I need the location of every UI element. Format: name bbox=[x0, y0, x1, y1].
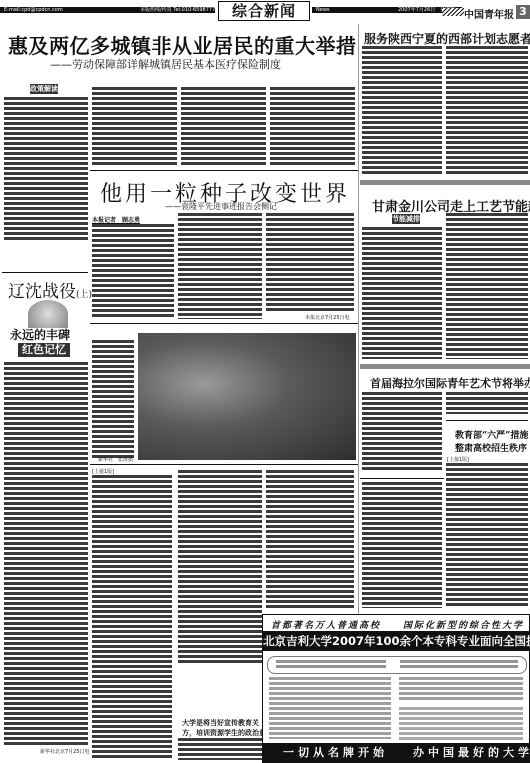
right-story-1-headline: 服务陕西宁夏的西部计划志愿者奔赴基层 bbox=[364, 30, 530, 47]
series-title: 辽沈战役(上) bbox=[8, 277, 92, 302]
paper-logo: 中国青年报 bbox=[464, 6, 514, 21]
ad-headline: 北京吉利大学2007年100余个本专科专业面向全国扩招 bbox=[263, 631, 529, 651]
feature-subheadline: ——袁隆平先进事迹报告会侧记 bbox=[165, 201, 277, 212]
series-title-text: 辽沈战役 bbox=[8, 282, 76, 302]
right-story-2-col-2 bbox=[446, 213, 528, 359]
masthead-section-en: News bbox=[316, 7, 330, 13]
divider bbox=[90, 323, 358, 324]
section-divider bbox=[360, 180, 530, 185]
ad-features-left bbox=[276, 660, 386, 670]
right-story-3-col-1 bbox=[362, 392, 442, 472]
ad-slogan-left: 一切从名牌开始 bbox=[283, 743, 388, 762]
divider bbox=[90, 464, 358, 465]
continued-column-1 bbox=[92, 475, 172, 760]
ad-body-right bbox=[399, 677, 523, 701]
right-story-4-headline-1: 教育部“六严”措施 bbox=[455, 428, 528, 441]
feature-credit: 本报北京7月25日电 bbox=[305, 314, 350, 321]
lead-subheadline: ——劳动保障部详解城镇居民基本医疗保险制度 bbox=[50, 56, 281, 72]
advertisement[interactable]: 首都著名万人普通高校 国际化新型的综合性大学 北京吉利大学2007年100余个本… bbox=[262, 614, 530, 763]
right-story-3-col-2 bbox=[446, 392, 528, 414]
right-story-4-col bbox=[446, 463, 528, 608]
masthead-hotline: 本版热线/传真 Tel:010-65987771 bbox=[140, 7, 218, 13]
ad-features-right bbox=[400, 660, 518, 670]
right-story-4-tag: [上接1版] bbox=[447, 456, 469, 463]
divider bbox=[2, 272, 88, 273]
continued-column-3 bbox=[266, 470, 354, 610]
ad-body-left bbox=[269, 677, 391, 739]
lead-column-4 bbox=[270, 87, 355, 167]
right-story-4-headline-2: 整肃高校招生秩序 bbox=[455, 441, 527, 454]
right-story-2-col-1 bbox=[362, 227, 442, 359]
divider bbox=[360, 478, 444, 479]
ad-slogan-right: 办中国最好的大学 bbox=[413, 743, 530, 762]
news-photo bbox=[138, 333, 356, 460]
section-title: 综合新闻 bbox=[218, 1, 310, 21]
photo-caption-text bbox=[92, 340, 134, 460]
series-credit: 新华社北京7月25日电 bbox=[40, 748, 90, 755]
feature-byline: 本报记者 顾志勇 bbox=[92, 215, 140, 224]
right-story-3-col-3 bbox=[362, 482, 442, 608]
right-story-1-col-1 bbox=[362, 46, 442, 174]
ad-slogan-bar: 一切从名牌开始 办中国最好的大学 bbox=[263, 743, 529, 762]
monument-icon bbox=[28, 300, 68, 328]
lead-column-1 bbox=[4, 97, 88, 242]
ad-contact-info bbox=[399, 707, 523, 741]
divider bbox=[446, 420, 528, 421]
right-story-1-col-2 bbox=[446, 46, 528, 174]
decorative-stripes bbox=[442, 8, 464, 16]
ad-tagline-left: 首都著名万人普通高校 bbox=[271, 618, 381, 631]
series-part: (上) bbox=[76, 290, 92, 300]
continued-column-2 bbox=[178, 470, 262, 665]
lead-column-2 bbox=[92, 87, 177, 167]
section-divider bbox=[360, 364, 530, 369]
series-logo-line2: 红色记忆 bbox=[18, 343, 70, 357]
photo-credit: 新华社 张涛摄 bbox=[98, 456, 133, 463]
divider bbox=[90, 170, 358, 171]
continued-column-2b bbox=[178, 738, 262, 760]
right-story-3-headline: 首届海拉尔国际青年艺术节将举办 bbox=[370, 375, 530, 391]
feature-column-3 bbox=[266, 213, 354, 313]
continued-subhead-1: 大学是将当好宣传教育关 bbox=[182, 718, 259, 728]
lead-column-3 bbox=[181, 87, 266, 167]
continued-subhead-2: 方，培训资源学生的政治意识 bbox=[182, 728, 273, 738]
lead-badge: 政策解读 bbox=[30, 84, 58, 94]
feature-column-2 bbox=[178, 213, 262, 319]
lead-headline: 惠及两亿多城镇非从业居民的重大举措 bbox=[8, 30, 357, 59]
masthead-date: 2007年7月26日 bbox=[398, 7, 435, 13]
right-story-2-badge: 节能减排 bbox=[392, 214, 420, 224]
feature-column-1 bbox=[92, 224, 174, 319]
masthead-email: E-mail:cpd@cpdcn.com bbox=[4, 7, 63, 13]
page-number: 3 bbox=[516, 5, 530, 19]
series-column bbox=[4, 362, 88, 747]
ad-features-box bbox=[267, 656, 527, 674]
ad-tagline-right: 国际化新型的综合性大学 bbox=[403, 618, 524, 631]
continued-tag: [上接1版] bbox=[92, 468, 114, 475]
series-logo-line1: 永远的丰碑 bbox=[10, 326, 70, 343]
column-divider bbox=[358, 24, 359, 664]
